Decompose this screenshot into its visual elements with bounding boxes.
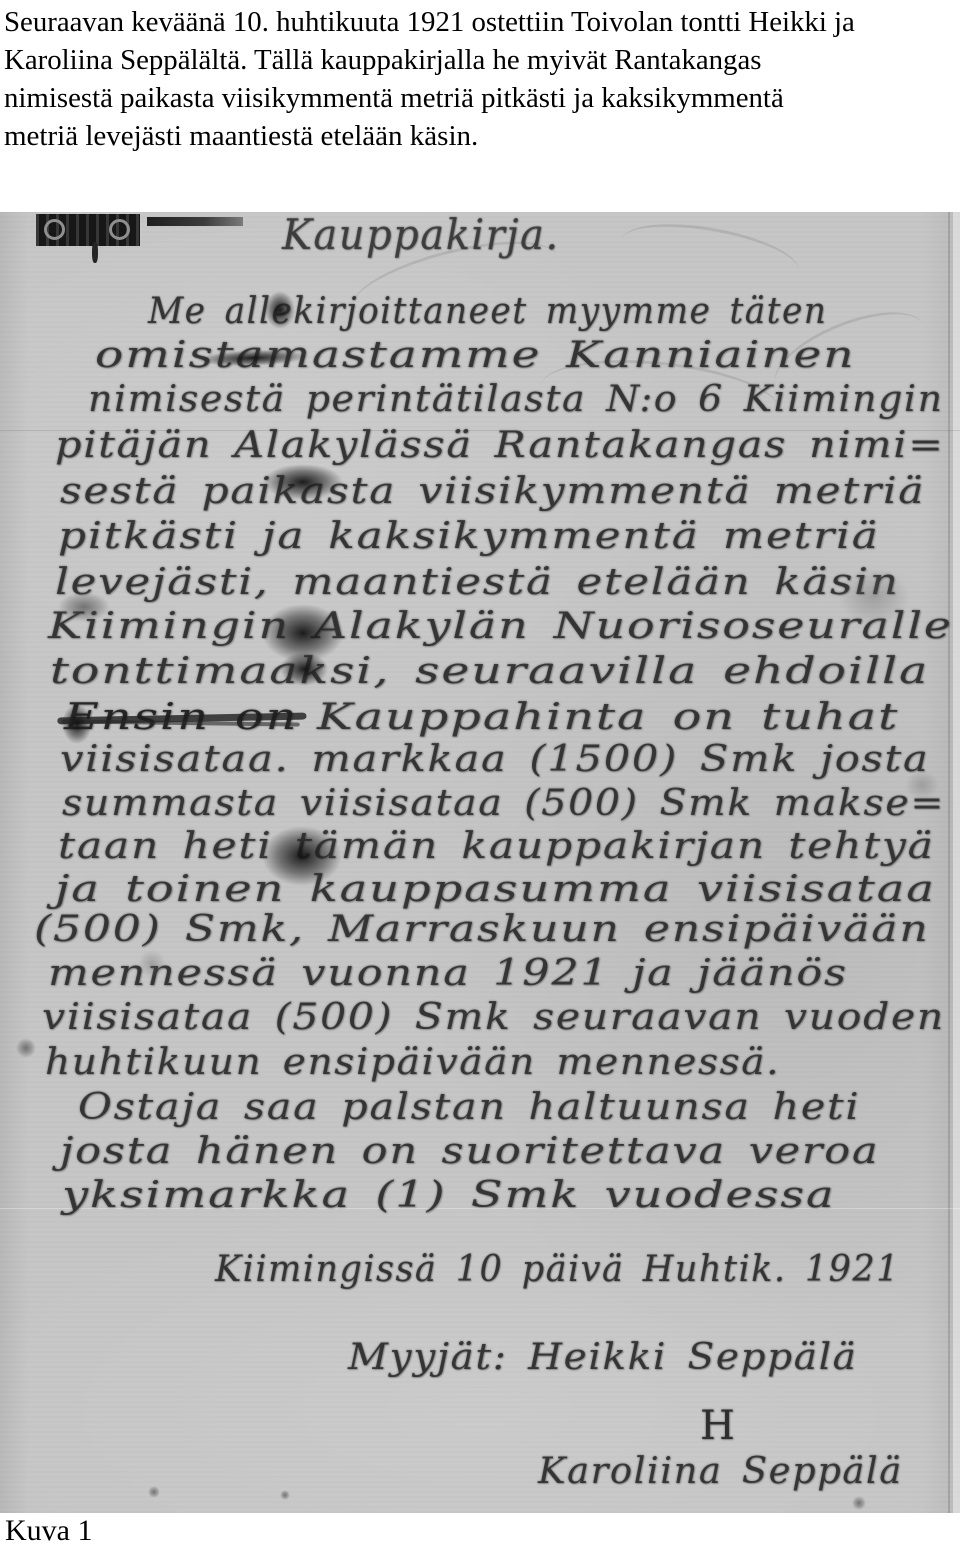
handwritten-line: levejästi, maantiestä etelään käsin xyxy=(55,563,900,603)
stamp-ring xyxy=(44,219,65,240)
handwritten-line: pitkästi ja kaksikymmentä metriä xyxy=(58,517,880,557)
ink-blot xyxy=(62,704,92,744)
ink-blot xyxy=(262,826,342,886)
ghost-stroke xyxy=(617,213,804,298)
stamp-cancel-bar xyxy=(147,217,243,226)
document-scan-image: Kauppakirja. Me allekirjoittaneet myymme… xyxy=(0,212,960,1513)
ink-smudge xyxy=(838,568,910,626)
signature-mark: H xyxy=(700,1404,735,1448)
handwritten-line: josta hänen on suoritettava veroa xyxy=(60,1132,879,1172)
intro-paragraph: Seuraavan keväänä 10. huhtikuuta 1921 os… xyxy=(4,3,954,155)
ink-blot xyxy=(265,291,295,329)
handwritten-line: huhtikuun ensipäivään mennessä. xyxy=(45,1043,780,1083)
handwritten-line: Kiimingin Alakylän Nuorisoseuralle xyxy=(48,607,953,647)
ink-spot xyxy=(280,1490,290,1500)
handwritten-line: Me allekirjoittaneet myymme täten xyxy=(148,292,827,332)
ink-blot xyxy=(263,464,343,500)
handwritten-line: ja toinen kauppasumma viisisataa xyxy=(55,870,936,910)
ink-spot xyxy=(148,1486,160,1498)
handwritten-line: taan heti tämän kauppakirjan tehtyä xyxy=(58,827,935,867)
figure-caption: Kuva 1 xyxy=(5,1514,92,1548)
handwritten-dateline: Kiimingissä 10 päivä Huhtik. 1921 xyxy=(215,1250,900,1290)
intro-line: nimisestä paikasta viisikymmentä metriä … xyxy=(4,79,948,117)
handwritten-line: sestä paikasta viisikymmentä metriä xyxy=(60,472,925,512)
scan-title: Kauppakirja. xyxy=(282,212,560,258)
ink-blot xyxy=(280,652,328,686)
signature-karoliina: Karoliina Seppälä xyxy=(538,1452,903,1492)
scan-edge xyxy=(953,212,960,1513)
handwritten-line: mennessä vuonna 1921 ja jäänös xyxy=(48,954,848,994)
handwritten-line: summasta viisisataa (500) Smk makse= xyxy=(62,784,945,824)
handwritten-line: pitäjän Alakylässä Rantakangas nimi= xyxy=(55,426,945,466)
fold-line xyxy=(948,212,950,1513)
stamp-mark xyxy=(92,242,98,263)
signature-sellers: Myyjät: Heikki Seppälä xyxy=(348,1338,858,1378)
intro-line: Karoliina Seppälältä. Tällä kauppakirjal… xyxy=(4,41,948,79)
ink-spot xyxy=(852,1496,866,1510)
intro-line: metriä levejästi maantiestä etelään käsi… xyxy=(4,117,954,155)
handwritten-line: tonttimaaksi, seuraavilla ehdoilla xyxy=(50,652,929,692)
intro-line: Seuraavan keväänä 10. huhtikuuta 1921 os… xyxy=(4,3,948,41)
handwritten-line: (500) Smk, Marraskuun ensipäivään xyxy=(34,910,930,950)
ink-smudge xyxy=(58,592,110,622)
struck-out-words: Ensin on xyxy=(64,698,298,738)
revenue-stamp xyxy=(36,214,140,246)
ink-spot xyxy=(16,1038,36,1058)
ink-spot xyxy=(138,950,166,978)
handwritten-line: Ensin onKauppahinta on tuhat xyxy=(64,698,899,738)
stamp-ring xyxy=(109,219,130,240)
handwritten-line: yksimarkka (1) Smk vuodessa xyxy=(62,1176,836,1216)
handwritten-line: viisisataa. markkaa (1500) Smk josta xyxy=(60,740,930,780)
ink-spot xyxy=(905,770,939,800)
handwritten-text: Kauppahinta on tuhat xyxy=(317,697,899,738)
handwritten-line: viisisataa (500) Smk seuraavan vuoden xyxy=(42,998,945,1038)
handwritten-line: Ostaja saa palstan haltuunsa heti xyxy=(78,1088,860,1128)
handwritten-line: nimisestä perintätilasta N:o 6 Kiimingin xyxy=(88,380,944,420)
